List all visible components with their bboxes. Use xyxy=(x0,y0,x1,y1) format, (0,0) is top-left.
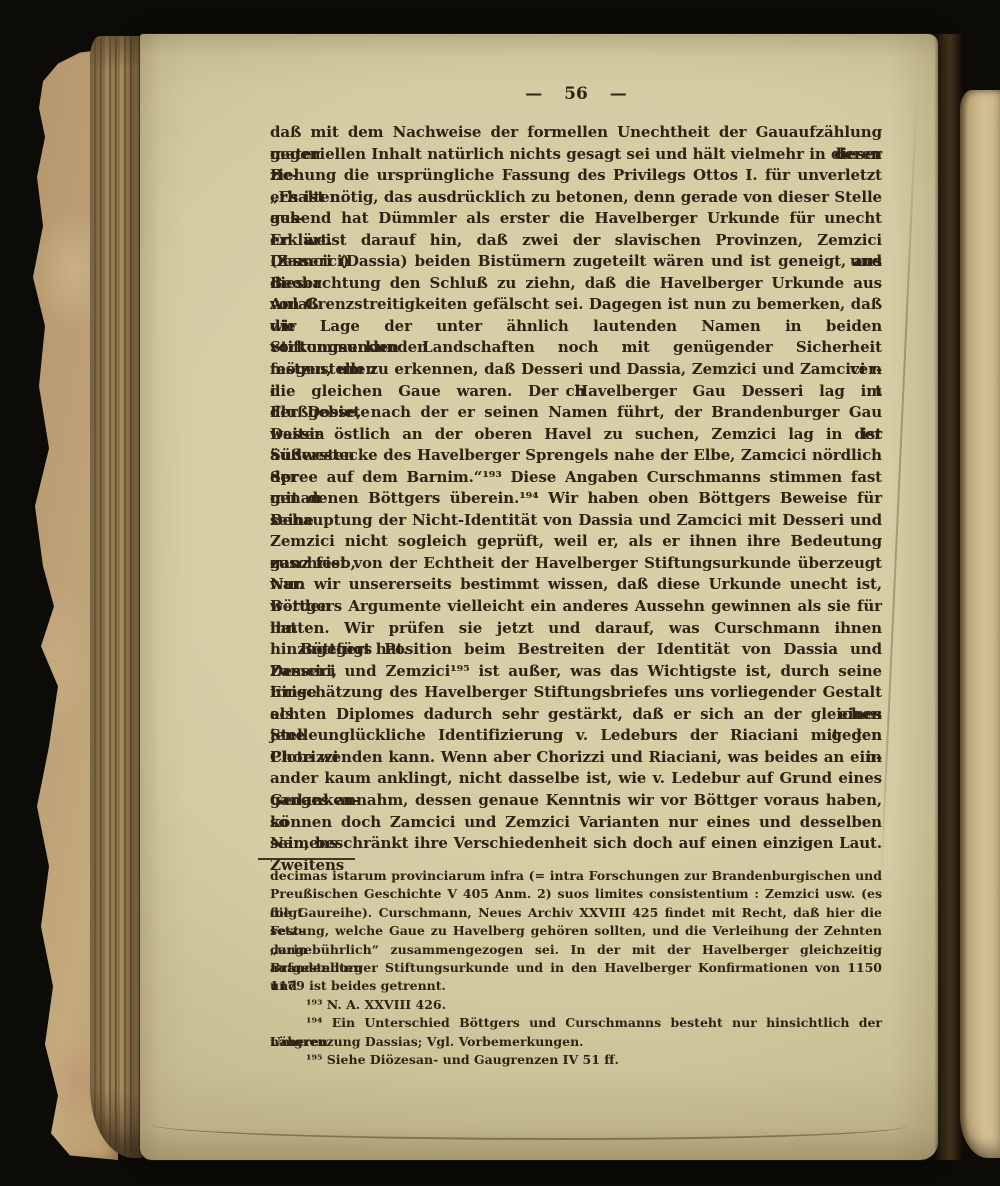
text-line: gehend hat Dümmler als erster die Havelb… xyxy=(270,208,882,230)
text-line: Südwestecke des Havelberger Sprengels na… xyxy=(270,445,882,467)
text-line: Böttgers Position beim Bestreiten der Id… xyxy=(270,639,882,661)
text-line: ganz fest von der Echtheit der Havelberg… xyxy=(270,553,882,575)
page-number: — 56 — xyxy=(270,84,882,104)
text-line: die Lage der unter ähnlich lautenden Nam… xyxy=(270,316,882,338)
text-line: daß mit dem Nachweise der formellen Unec… xyxy=(270,122,882,144)
text-line: weiter östlich an der oberen Havel zu su… xyxy=(270,424,882,446)
footnote-line: die Gaureihe). Curschmann, Neues Archiv … xyxy=(270,904,882,922)
text-line: die gleichen Gaue waren. Der Havelberger… xyxy=(270,381,882,403)
footnote-line: Umgrenzung Dassias; Vgl. Vorbemerkungen. xyxy=(270,1033,882,1051)
text-line: vorkommenden Landschaften noch mit genüg… xyxy=(270,337,882,359)
text-line: Nun wir unsererseits bestimmt wissen, da… xyxy=(270,574,882,596)
text-line: sein, beschränkt ihre Verschiedenheit si… xyxy=(270,833,882,855)
text-line: ziehung die ursprüngliche Fassung des Pr… xyxy=(270,165,882,187)
text-line: ganges annahm, dessen genaue Kenntnis wi… xyxy=(270,790,882,812)
text-line: Er weist darauf hin, daß zwei der slavis… xyxy=(270,230,882,252)
footnote-line: decimas istarum provinciarum infra (= in… xyxy=(270,867,882,885)
footnote-line: 1179 ist beides getrennt. xyxy=(270,977,882,995)
text-line: mögen, um zu erkennen, daß Desseri und D… xyxy=(270,359,882,381)
text-line: von Grenzstreitigkeiten gefälscht sei. D… xyxy=(270,294,882,316)
text-line: Einschätzung des Havelberger Stiftungsbr… xyxy=(270,682,882,704)
page-stack-edges xyxy=(90,36,142,1158)
text-line: Zamcici und Zemzici¹⁹⁵ ist außer, was da… xyxy=(270,661,882,683)
text-line: können doch Zamcici und Zemzici Variante… xyxy=(270,812,882,834)
body-text: daß mit dem Nachweise der formellen Unec… xyxy=(270,122,882,855)
footnote-line: ¹⁹⁴ Ein Unterschied Böttgers und Curschm… xyxy=(270,1014,882,1032)
next-page-edge xyxy=(960,90,1000,1158)
page-bottom-edge xyxy=(150,1124,908,1140)
text-line: Plote wenden kann. Wenn aber Chorizzi un… xyxy=(270,747,882,769)
text-line: ander kaum anklingt, nicht dasselbe ist,… xyxy=(270,768,882,790)
text-line: Spree auf dem Barnim.“¹⁹³ Diese Angaben … xyxy=(270,467,882,489)
text-line: „Es ist nötig, das ausdrücklich zu beton… xyxy=(270,187,882,209)
footnote-line: ¹⁹⁵ Siehe Diözesan- und Gaugrenzen IV 51… xyxy=(270,1051,882,1069)
scanned-book-spread: — 56 — daß mit dem Nachweise der formell… xyxy=(0,0,1000,1186)
footnote-block: decimas istarum provinciarum infra (= in… xyxy=(270,867,882,1069)
footnote-line: „ungebührlich“ zusammengezogen sei. In d… xyxy=(270,941,882,959)
text-line: jene unglückliche Identifizierung v. Led… xyxy=(270,725,882,747)
footnote-line: Preußischen Geschichte V 405 Anm. 2) suo… xyxy=(270,885,882,903)
text-line: materiellen Inhalt natürlich nichts gesa… xyxy=(270,144,882,166)
text-line: mit denen Böttgers überein.¹⁹⁴ Wir haben… xyxy=(270,488,882,510)
text-line: hatten. Wir prüfen sie jetzt und darauf,… xyxy=(270,618,882,640)
text-line: der Dosse, nach der er seinen Namen führ… xyxy=(270,402,882,424)
footnote-line: Brandenburger Stiftungsurkunde und in de… xyxy=(270,959,882,977)
footnote-line: setzung, welche Gaue zu Havelberg gehöre… xyxy=(270,922,882,940)
text-line: Beobachtung den Schluß zu ziehn, daß die… xyxy=(270,273,882,295)
footnote-line: ¹⁹³ N. A. XXVIII 426. xyxy=(270,996,882,1014)
text-line: Desseri (Dassia) beiden Bistümern zugete… xyxy=(270,251,882,273)
footnote-separator xyxy=(258,858,355,860)
text-line: Zemzici nicht sogleich geprüft, weil er,… xyxy=(270,531,882,553)
crease-line xyxy=(880,92,917,879)
text-line: Behauptung der Nicht-Identität von Dassi… xyxy=(270,510,882,532)
book-page: — 56 — daß mit dem Nachweise der formell… xyxy=(140,34,938,1160)
text-line: Böttgers Argumente vielleicht ein andere… xyxy=(270,596,882,618)
text-line: echten Diplomes dadurch sehr gestärkt, d… xyxy=(270,704,882,726)
